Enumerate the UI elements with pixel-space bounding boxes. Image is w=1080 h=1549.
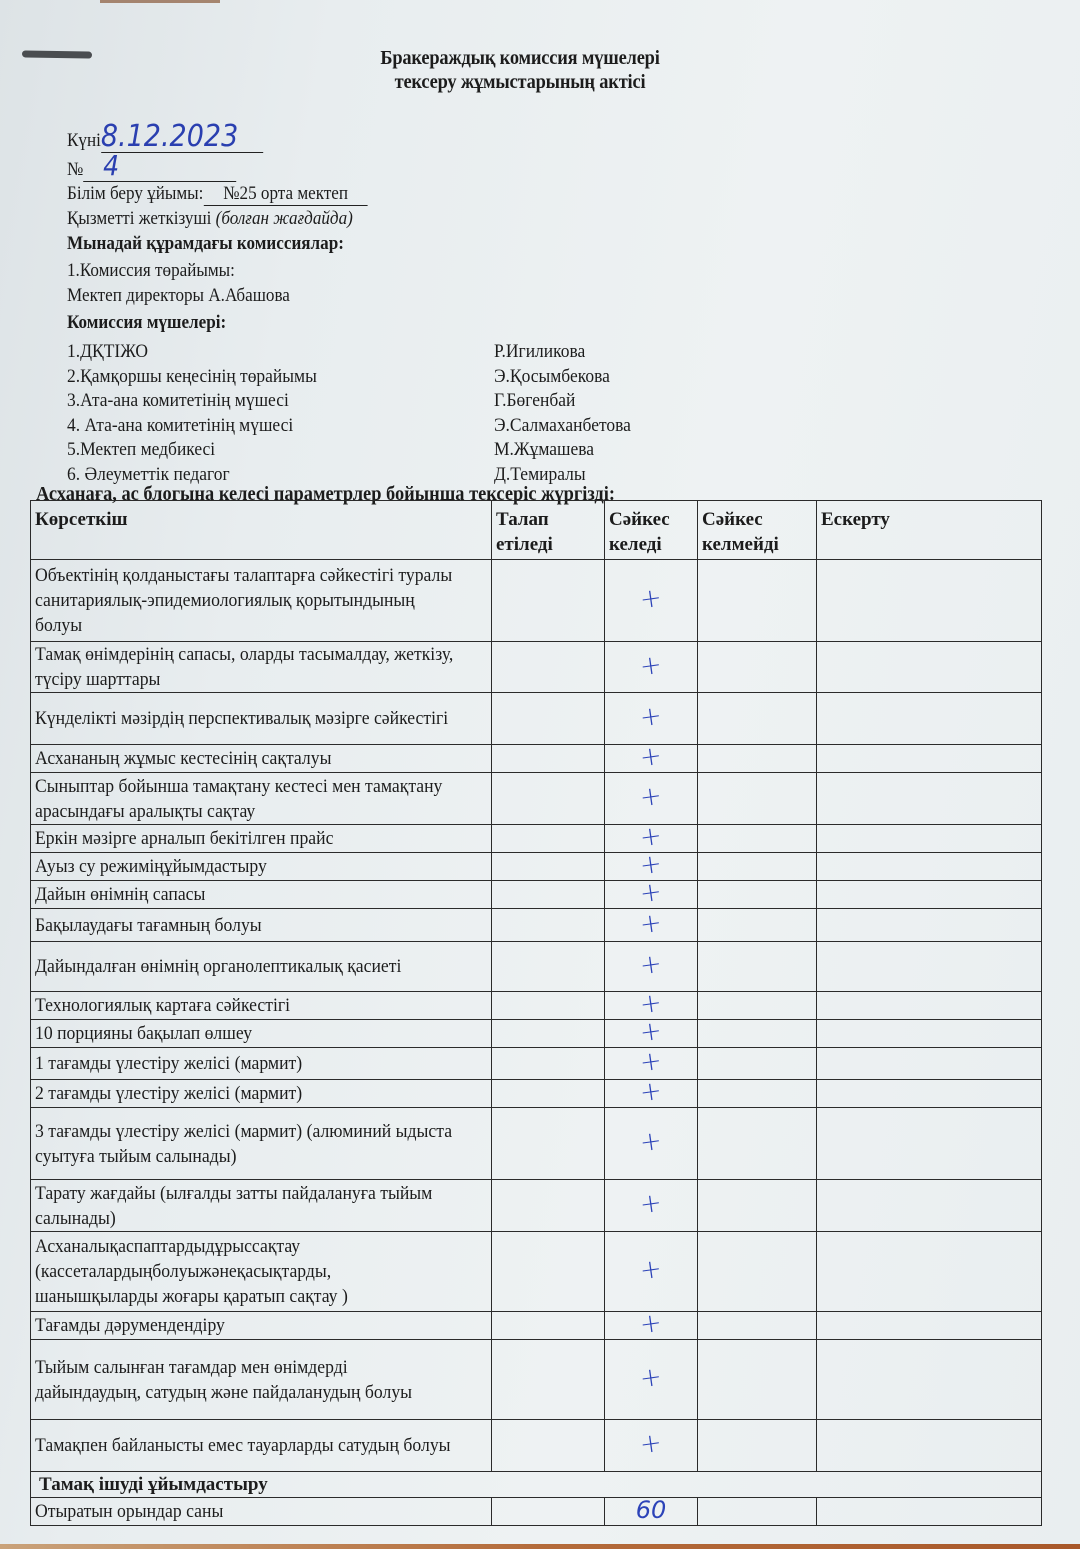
table-row: Технологиялық картаға сәйкестігі+ [31, 992, 1042, 1020]
compliant-cell: + [605, 642, 698, 693]
indicator-text: Технологиялық картаға сәйкестігі [35, 993, 290, 1018]
table-row: Сыныптар бойынша тамақтану кестесі мен т… [31, 773, 1042, 825]
indicator-cell: Тағамды дәрумендендіру [31, 1312, 492, 1340]
check-plus-mark: + [638, 744, 663, 772]
required-cell [492, 881, 605, 909]
table-row: Объектінің қолданыстағы талаптарға сәйке… [31, 560, 1042, 642]
note-cell [817, 642, 1042, 693]
indicator-cell: 2 тағамды үлестіру желісі (мармит) [31, 1080, 492, 1108]
compliant-cell: + [605, 853, 698, 881]
indicator-cell: Асхананың жұмыс кестесінің сақталуы [31, 745, 492, 773]
group-heading-row: Тамақ ішуді ұйымдастыру [31, 1472, 1042, 1498]
check-plus-mark: + [638, 1365, 663, 1393]
required-cell [492, 909, 605, 942]
indicator-text: Тыйым салынған тағамдар мен өнімдерді да… [35, 1355, 455, 1405]
note-cell [817, 1048, 1042, 1080]
compliant-cell: + [605, 745, 698, 773]
note-cell [817, 909, 1042, 942]
note-cell [817, 1232, 1042, 1312]
note-cell [817, 992, 1042, 1020]
table-row: Бақылаудағы тағамның болуы+ [31, 909, 1042, 942]
noncompliant-cell [698, 992, 817, 1020]
title-line-2: тексеру жұмыстарының актісі [42, 70, 999, 94]
note-cell [817, 1498, 1042, 1526]
check-plus-mark: + [638, 880, 663, 908]
noncompliant-cell [698, 853, 817, 881]
indicator-text: 1 тағамды үлестіру желісі (мармит) [35, 1051, 302, 1076]
required-cell [492, 1312, 605, 1340]
compliant-cell: + [605, 1312, 698, 1340]
noncompliant-cell [698, 1080, 817, 1108]
noncompliant-cell [698, 642, 817, 693]
required-cell [492, 1420, 605, 1472]
indicator-cell: Дайын өнімнің сапасы [31, 881, 492, 909]
date-field: Күні8.12.2023 [67, 128, 263, 153]
note-cell [817, 1180, 1042, 1232]
member-role: 1.ДҚТІЖО [67, 340, 460, 365]
required-cell [492, 992, 605, 1020]
group-heading: Тамақ ішуді ұйымдастыру [31, 1472, 1042, 1498]
noncompliant-cell [698, 693, 817, 745]
check-plus-mark: + [638, 910, 663, 938]
handwritten-value: 60 [636, 1496, 667, 1524]
table-row: 10 порцияны бақылап өлшеу+ [31, 1020, 1042, 1048]
note-cell [817, 1420, 1042, 1472]
table-row: 2 тағамды үлестіру желісі (мармит)+ [31, 1080, 1042, 1108]
table-row: Тамақпен байланысты емес тауарларды сату… [31, 1420, 1042, 1472]
note-cell [817, 1020, 1042, 1048]
noncompliant-cell [698, 909, 817, 942]
indicator-cell: Дайындалған өнімнің органолептикалық қас… [31, 942, 492, 992]
required-cell [492, 825, 605, 853]
check-plus-mark: + [638, 1257, 663, 1285]
indicator-text: Дайындалған өнімнің органолептикалық қас… [35, 954, 401, 979]
note-cell [817, 560, 1042, 642]
compliant-cell: + [605, 1232, 698, 1312]
indicator-cell: Объектінің қолданыстағы талаптарға сәйке… [31, 560, 492, 642]
indicator-cell: Бақылаудағы тағамның болуы [31, 909, 492, 942]
member-name: Г.Бөгенбай [494, 389, 575, 414]
commission-heading: Мынадай құрамдағы комиссиялар: [67, 233, 344, 255]
compliant-cell: + [605, 1020, 698, 1048]
header-indicator: Көрсеткіш [31, 501, 492, 560]
page-edge [100, 0, 220, 3]
member-name: Р.Игиликова [494, 340, 585, 365]
required-cell [492, 853, 605, 881]
noncompliant-cell [698, 1420, 817, 1472]
check-plus-mark: + [638, 852, 663, 880]
check-plus-mark: + [638, 784, 663, 812]
indicator-cell: Тарату жағдайы (ылғалды затты пайдалануғ… [31, 1180, 492, 1232]
member-role: 4. Ата-ана комитетінің мүшесі [67, 414, 460, 439]
noncompliant-cell [698, 825, 817, 853]
document-title: Бракераждық комиссия мүшелері тексеру жұ… [42, 46, 999, 94]
compliant-cell: + [605, 942, 698, 992]
compliant-cell: + [605, 881, 698, 909]
required-cell [492, 642, 605, 693]
title-line-1: Бракераждық комиссия мүшелері [42, 46, 999, 70]
member-row: 5.Мектеп медбикесіМ.Жұмашева [67, 438, 643, 463]
note-cell [817, 1080, 1042, 1108]
required-cell [492, 1232, 605, 1312]
member-name: Э.Салмаханбетова [494, 414, 631, 439]
table-row: 1 тағамды үлестіру желісі (мармит)+ [31, 1048, 1042, 1080]
compliant-cell: + [605, 825, 698, 853]
noncompliant-cell [698, 881, 817, 909]
required-cell [492, 1180, 605, 1232]
compliant-cell: + [605, 1340, 698, 1420]
member-role: 2.Қамқоршы кеңесінің төрайымы [67, 365, 460, 390]
compliant-cell: + [605, 1048, 698, 1080]
indicator-text: Тарату жағдайы (ылғалды затты пайдалануғ… [35, 1181, 455, 1231]
check-plus-mark: + [638, 952, 663, 980]
required-cell [492, 1080, 605, 1108]
check-plus-mark: + [638, 1311, 663, 1339]
indicator-cell: Технологиялық картаға сәйкестігі [31, 992, 492, 1020]
check-plus-mark: + [638, 1079, 663, 1107]
required-cell [492, 942, 605, 992]
supplier-field: Қызметті жеткізуші (болған жағдайда) [67, 208, 353, 230]
indicator-cell: Отыратын орындар саны [31, 1498, 492, 1526]
header-required: Талап етіледі [492, 501, 605, 560]
chair-value: Мектеп директоры А.Абашова [67, 285, 290, 307]
noncompliant-cell [698, 1498, 817, 1526]
required-cell [492, 773, 605, 825]
compliant-cell: + [605, 773, 698, 825]
required-cell [492, 745, 605, 773]
check-plus-mark: + [638, 586, 663, 614]
member-row: 2.Қамқоршы кеңесінің төрайымыЭ.Қосымбеко… [67, 365, 643, 390]
check-plus-mark: + [638, 1431, 663, 1459]
indicator-text: Күнделікті мәзірдің перспективалық мәзір… [35, 706, 448, 731]
indicator-text: Дайын өнімнің сапасы [35, 882, 205, 907]
supplier-note: (болған жағдайда) [216, 208, 353, 229]
indicator-cell: Тамақпен байланысты емес тауарларды сату… [31, 1420, 492, 1472]
note-cell [817, 825, 1042, 853]
noncompliant-cell [698, 1020, 817, 1048]
indicator-cell: 3 тағамды үлестіру желісі (мармит) (алюм… [31, 1108, 492, 1180]
table-row: Тарату жағдайы (ылғалды затты пайдалануғ… [31, 1180, 1042, 1232]
organization-label: Білім беру ұйымы: [67, 183, 203, 204]
member-role: 3.Ата-ана комитетінің мүшесі [67, 389, 460, 414]
required-cell [492, 693, 605, 745]
indicator-text: Асханалықаспаптардыдұрыссақтау (кассетал… [35, 1234, 455, 1309]
members-heading: Комиссия мүшелері: [67, 312, 226, 334]
indicator-cell: Еркін мәзірге арналып бекітілген прайс [31, 825, 492, 853]
table-row: Асханалықаспаптардыдұрыссақтау (кассетал… [31, 1232, 1042, 1312]
note-cell [817, 1340, 1042, 1420]
check-plus-mark: + [638, 1019, 663, 1047]
organization-field: Білім беру ұйымы:№25 орта мектеп [67, 183, 368, 206]
indicator-text: Асхананың жұмыс кестесінің сақталуы [35, 746, 331, 771]
required-cell [492, 1048, 605, 1080]
noncompliant-cell [698, 1108, 817, 1180]
member-row: 1.ДҚТІЖОР.Игиликова [67, 340, 643, 365]
indicator-text: 3 тағамды үлестіру желісі (мармит) (алюм… [35, 1119, 455, 1169]
check-plus-mark: + [638, 824, 663, 852]
check-plus-mark: + [638, 1049, 663, 1077]
note-cell [817, 745, 1042, 773]
member-row: 4. Ата-ана комитетінің мүшесіЭ.Салмаханб… [67, 414, 643, 439]
indicator-text: Бақылаудағы тағамның болуы [35, 913, 262, 938]
table-row: Күнделікті мәзірдің перспективалық мәзір… [31, 693, 1042, 745]
table-row: Еркін мәзірге арналып бекітілген прайс+ [31, 825, 1042, 853]
note-cell [817, 1108, 1042, 1180]
page-edge-bottom [0, 1544, 1080, 1549]
indicator-cell: Тыйым салынған тағамдар мен өнімдерді да… [31, 1340, 492, 1420]
table-row: Тыйым салынған тағамдар мен өнімдерді да… [31, 1340, 1042, 1420]
noncompliant-cell [698, 745, 817, 773]
indicator-cell: Ауыз су режиміңұйымдастыру [31, 853, 492, 881]
noncompliant-cell [698, 1180, 817, 1232]
required-cell [492, 1020, 605, 1048]
noncompliant-cell [698, 1232, 817, 1312]
indicator-cell: Сыныптар бойынша тамақтану кестесі мен т… [31, 773, 492, 825]
compliant-cell: + [605, 1108, 698, 1180]
compliant-cell: + [605, 560, 698, 642]
compliant-cell: + [605, 909, 698, 942]
note-cell [817, 881, 1042, 909]
compliant-cell: + [605, 1080, 698, 1108]
indicator-text: Тамақ өнімдерінің сапасы, оларды тасымал… [35, 642, 455, 692]
required-cell [492, 1498, 605, 1526]
header-compliant: Сәйкес келеді [605, 501, 698, 560]
date-value: 8.12.2023 [101, 119, 238, 154]
compliant-cell: + [605, 1180, 698, 1232]
table-header-row: Көрсеткіш Талап етіледі Сәйкес келеді Сә… [31, 501, 1042, 560]
noncompliant-cell [698, 1312, 817, 1340]
table-row: Ауыз су режиміңұйымдастыру+ [31, 853, 1042, 881]
member-name: М.Жұмашева [494, 438, 594, 463]
header-note: Ескерту [817, 501, 1042, 560]
check-plus-mark: + [638, 1129, 663, 1157]
noncompliant-cell [698, 1340, 817, 1420]
indicator-text: Отыратын орындар саны [35, 1499, 223, 1524]
noncompliant-cell [698, 560, 817, 642]
members-list: 1.ДҚТІЖОР.Игиликова2.Қамқоршы кеңесінің … [67, 340, 643, 487]
required-cell [492, 1340, 605, 1420]
indicator-text: Сыныптар бойынша тамақтану кестесі мен т… [35, 774, 455, 824]
organization-value: №25 орта мектеп [223, 183, 348, 204]
member-role: 5.Мектеп медбикесі [67, 438, 460, 463]
indicator-text: 10 порцияны бақылап өлшеу [35, 1021, 252, 1046]
required-cell [492, 1108, 605, 1180]
note-cell [817, 1312, 1042, 1340]
number-field: №4 [67, 157, 236, 182]
indicator-cell: Күнделікті мәзірдің перспективалық мәзір… [31, 693, 492, 745]
indicator-text: Объектінің қолданыстағы талаптарға сәйке… [35, 563, 455, 638]
chair-label: 1.Комиссия төрайымы: [67, 260, 235, 282]
inspection-table: Көрсеткіш Талап етіледі Сәйкес келеді Сә… [30, 500, 1042, 1526]
table-row: Тамақ өнімдерінің сапасы, оларды тасымал… [31, 642, 1042, 693]
number-value: 4 [103, 149, 119, 182]
indicator-cell: Асханалықаспаптардыдұрыссақтау (кассетал… [31, 1232, 492, 1312]
noncompliant-cell [698, 1048, 817, 1080]
compliant-cell: 60 [605, 1498, 698, 1526]
member-name: Э.Қосымбекова [494, 365, 610, 390]
table-row: Дайындалған өнімнің органолептикалық қас… [31, 942, 1042, 992]
date-label: Күні [67, 130, 101, 151]
table-row: 3 тағамды үлестіру желісі (мармит) (алюм… [31, 1108, 1042, 1180]
indicator-text: Тамақпен байланысты емес тауарларды сату… [35, 1433, 451, 1458]
compliant-cell: + [605, 992, 698, 1020]
compliant-cell: + [605, 1420, 698, 1472]
table-row: Дайын өнімнің сапасы+ [31, 881, 1042, 909]
supplier-label: Қызметті жеткізуші [67, 208, 211, 229]
note-cell [817, 942, 1042, 992]
indicator-cell: 10 порцияны бақылап өлшеу [31, 1020, 492, 1048]
member-row: 3.Ата-ана комитетінің мүшесіГ.Бөгенбай [67, 389, 643, 414]
check-plus-mark: + [638, 704, 663, 732]
table-row: Отыратын орындар саны60 [31, 1498, 1042, 1526]
note-cell [817, 853, 1042, 881]
check-plus-mark: + [638, 1191, 663, 1219]
required-cell [492, 560, 605, 642]
indicator-text: Еркін мәзірге арналып бекітілген прайс [35, 826, 333, 851]
indicator-cell: 1 тағамды үлестіру желісі (мармит) [31, 1048, 492, 1080]
check-plus-mark: + [638, 652, 663, 680]
number-label: № [67, 159, 83, 180]
note-cell [817, 693, 1042, 745]
indicator-cell: Тамақ өнімдерінің сапасы, оларды тасымал… [31, 642, 492, 693]
table-row: Асхананың жұмыс кестесінің сақталуы+ [31, 745, 1042, 773]
indicator-text: Ауыз су режиміңұйымдастыру [35, 854, 267, 879]
indicator-text: Тағамды дәрумендендіру [35, 1313, 225, 1338]
compliant-cell: + [605, 693, 698, 745]
header-noncompliant: Сәйкес келмейді [698, 501, 817, 560]
noncompliant-cell [698, 773, 817, 825]
indicator-text: 2 тағамды үлестіру желісі (мармит) [35, 1081, 302, 1106]
table-row: Тағамды дәрумендендіру+ [31, 1312, 1042, 1340]
check-plus-mark: + [638, 991, 663, 1019]
noncompliant-cell [698, 942, 817, 992]
note-cell [817, 773, 1042, 825]
